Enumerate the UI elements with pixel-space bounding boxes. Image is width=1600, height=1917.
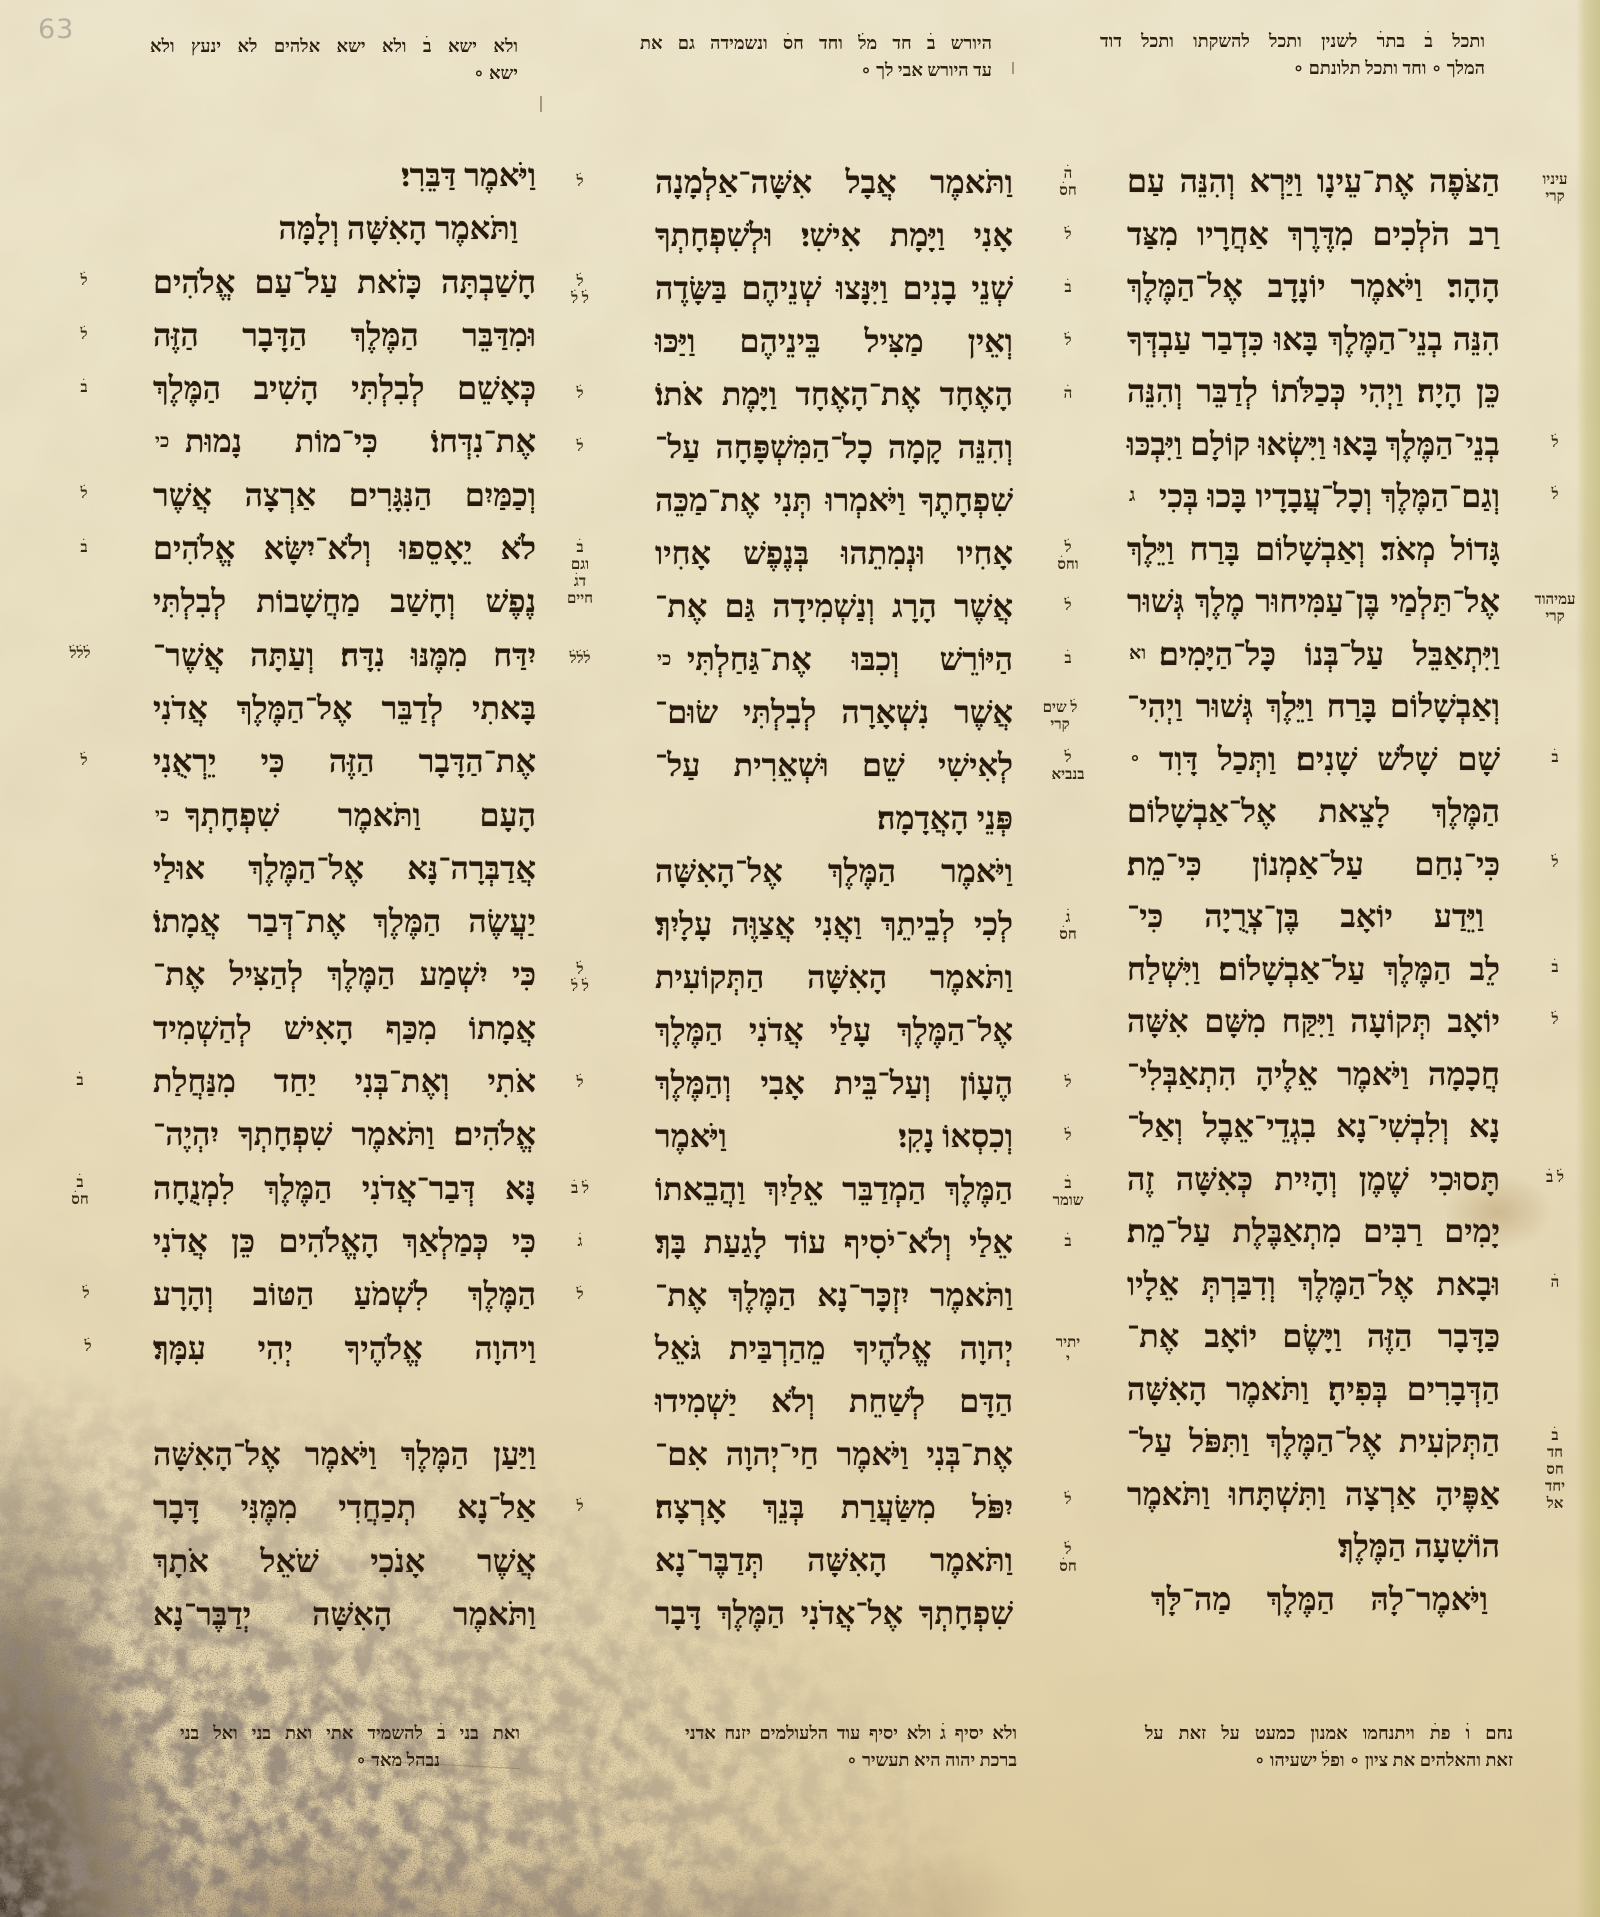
masorah-parva-note: הׄ <box>1040 386 1096 403</box>
masorah-magna-top-middle: היורש בׄ חד מלׄ וחד חסׄ ונשמידה גם את עד… <box>640 30 992 84</box>
text-line: הַמֶּלֶךְ הַמְדַבֵּר אֵלַיִךְ וַהֲבֵאתוֹ <box>655 1163 1013 1216</box>
text-line: שִׁפְחָתֶךָ וַיֹּאמְרוּ תְּנִי אֶת־מַכֵּ… <box>655 474 1013 527</box>
text-line: הָהָר׃ וַיֹּאמֶר יוֹנָדָב אֶל־הַמֶּלֶךְ <box>1127 260 1500 313</box>
masorah-parva-note: לׄ <box>56 753 112 770</box>
masorah-parva-note: בׄ <box>1527 960 1583 977</box>
text-line: יָמִים רַבִּים מִתְאַבֶּלֶת עַל־מֵת׃ <box>1127 1205 1500 1258</box>
text-line: וַתֹּאמֶר אֲבָל אִשָּׁה־אַלְמָנָה <box>655 156 1013 209</box>
text-line: וַתֹּאמֶר יִזְכָּר־נָא הַמֶּלֶךְ אֶת־ <box>655 1269 1013 1322</box>
masorah-parva-note: לׄ <box>60 1339 116 1356</box>
text-line: אֶת־בְּנִי וַיֹּאמֶר חַי־יְהוָה אִם־ <box>655 1428 1013 1481</box>
text-line: לְאִישִׁי שֵׁם וּשְׁאֵרִית עַל־ <box>655 739 1013 792</box>
text-line-tail: וַיֹּאמֶר <box>655 1110 727 1163</box>
note-line: ואת בני בׄ להשמיד אתי ואת בני ואל בני <box>180 1720 520 1747</box>
text-line: נֶפֶשׁ וְחָשַׁב מַחֲשָׁבוֹת לְבִלְתִּי <box>153 575 536 628</box>
note-line: ישא ∘ <box>150 60 518 87</box>
text-line-paragraph-end: הוֹשִׁעָה הַמֶּלֶךְ׃ <box>1127 1520 1500 1573</box>
masorah-parva-note: לׄ <box>552 1075 608 1092</box>
paragraph-gap <box>153 1375 536 1428</box>
text-line: כֵּן הָיָה׃ וַיְהִי כְּכַלֹּתוֹ לְדַבֵּר… <box>1127 365 1500 418</box>
masorah-parva-note: בׄ <box>1040 280 1096 297</box>
line-filler: כי <box>155 415 169 468</box>
masorah-parva-note: לׄ <box>1527 487 1583 504</box>
text-line: בָּאתִי לְדַבֵּר אֶל־הַמֶּלֶךְ אֲדֹנִי <box>153 682 536 735</box>
masorah-parva-note: גׄחסׄ <box>1040 910 1096 944</box>
text-line: אָנִי וַיָּמָת אִישִׁי׃ וּלְשִׁפְחָתְךָ <box>655 209 1013 262</box>
masorah-parva-note: לׄ <box>552 1499 608 1516</box>
line-filler: וא <box>1129 628 1146 681</box>
text-line: הִנֵּה בְנֵי־הַמֶּלֶךְ בָּאוּ כִּדְבַר ע… <box>1127 313 1500 366</box>
masorah-parva-note: בׄחדחסיחדאל <box>1527 1428 1583 1513</box>
line-filler: ג <box>1129 470 1135 523</box>
text-line: וַיֹּאמֶר הַמֶּלֶךְ אֶל־הָאִשָּׁה <box>655 845 1013 898</box>
text-line: כִּי יִשְׁמַע הַמֶּלֶךְ לְהַצִּיל אֶת־ <box>153 948 536 1001</box>
text-line: וּבָאת אֶל־הַמֶּלֶךְ וְדִבַּרְתְּ אֵלָיו <box>1127 1258 1500 1311</box>
text-line: שָׁם שָׁלֹשׁ שָׁנִים׃ וַתְּכַל דָּוִד∘ <box>1127 733 1500 786</box>
text-line: אֹתִי וְאֶת־בְּנִי יַחַד מִנַּחֲלַת <box>153 1055 536 1108</box>
text-line: וְאֵין מַצִּיל בֵּינֵיהֶם וַיַּכּוּ <box>655 315 1013 368</box>
masorah-parva-note: לׄ <box>58 1286 114 1303</box>
text-line: וְהִנֵּה קָמָה כָל־הַמִּשְׁפָּחָה עַל־ <box>655 421 1013 474</box>
masorah-parva-note: לׄחסׄ <box>1040 1542 1096 1576</box>
masorah-parva-note: לׄ <box>1527 435 1583 452</box>
text-line: אַפֶּיהָ אַרְצָה וַתִּשְׁתָּחוּ וַתֹּאמֶ… <box>1127 1468 1500 1521</box>
text-line: חָשַׁבְתָּה כָּזֹאת עַל־עַם אֱלֹהִים <box>153 256 536 309</box>
text-line: וַיִּתְאַבֵּל עַל־בְּנוֹ כָּל־הַיָּמִים׃… <box>1127 628 1500 681</box>
text-line: אָחִיו וּנְמִתֵהוּ בְּנֶפֶשׁ אָחִיו <box>655 527 1013 580</box>
text-line-with-setuma: וְכִסְאוֹ נָקִי׃וַיֹּאמֶר <box>655 1110 1013 1163</box>
masorah-magna-bottom-right: נחם וׄ פתׄ ויתנחמו אמנון כמעט על זאת על … <box>1145 1720 1513 1774</box>
text-line: אֲמָתוֹ מִכַּף הָאִישׁ לְהַשְׁמִיד <box>153 1002 536 1055</box>
masorah-magna-top-left: ולא ישא בׄ ולא ישא אלהים לא ינעץ ולא ישא… <box>150 33 518 87</box>
masorah-parva-note: לׄוחסׄ <box>1040 540 1096 574</box>
masorah-parva-note: לׄלׄ לׄ <box>552 962 608 996</box>
masorah-parva-note: לׄ <box>552 174 608 191</box>
masorah-magna-bottom-left: ואת בני בׄ להשמיד אתי ואת בני ואל בני נב… <box>180 1720 520 1774</box>
text-line: הֶעָוֹן וְעַל־בֵּית אָבִי וְהַמֶּלֶךְ <box>655 1057 1013 1110</box>
masorah-parva-note: לׄ <box>56 486 112 503</box>
note-line: ברכת יהוה היא תעשיר ∘ <box>685 1747 1017 1774</box>
line-filler: כי <box>657 633 671 686</box>
masorah-parva-note: בׄ <box>56 540 112 557</box>
text-line-paragraph-start: וַיֵּדַע יוֹאָב בֶּן־צְרֻיָה כִּי־ <box>1127 890 1500 943</box>
text-line: אֶת־נִדְּחוֹ׃ כִּי־מוֹת נָמוּתכי <box>153 415 536 468</box>
text-line: תָּסוּכִי שֶׁמֶן וְהָיִית כְּאִשָּׁה זֶה <box>1127 1153 1500 1206</box>
text-line: חֲכָמָה וַיֹּאמֶר אֵלֶיהָ הִתְאַבְּלִי־ <box>1127 1048 1500 1101</box>
text-line: וַתֹּאמֶר הָאִשָּׁה יְדַבֶּר־נָא <box>153 1588 536 1641</box>
masorah-parva-note: בׄ <box>56 380 112 397</box>
note-line: היורש בׄ חד מלׄ וחד חסׄ ונשמידה גם את <box>640 30 992 57</box>
text-line: יִדַּח מִמֶּנּוּ נִדָּח׃ וְעַתָּה אֲשֶׁר… <box>153 629 536 682</box>
masorah-parva-note: לׄבנביא <box>1040 750 1096 784</box>
text-line: הַמֶּלֶךְ לִשְׁמֹעַ הַטּוֹב וְהָרָע <box>153 1268 536 1321</box>
masorah-parva-note: בׄחסׄ <box>52 1175 108 1209</box>
text-line: כִּי־נִחַם עַל־אַמְנוֹן כִּי־מֵת׃ <box>1127 838 1500 891</box>
text-line: אֲשֶׁר נִשְׁאָרָה לְבִלְתִּי שׂוּם־ <box>655 686 1013 739</box>
text-line: אֶל־תַּלְמַי בֶּן־עַמִּיחוּר מֶלֶךְ גְּש… <box>1127 575 1500 628</box>
masorah-parva-note: לׄ בׄ <box>1527 1170 1583 1187</box>
masorah-parva-note: לׄ שיםקרי <box>1032 700 1088 734</box>
text-line-paragraph-start: וַיֹּאמֶר־לָהּ הַמֶּלֶךְ מַה־לָּךְ <box>1127 1573 1500 1626</box>
note-line: עד היורש אבי לך ∘ <box>640 57 992 84</box>
note-line: ולא ישא בׄ ולא ישא אלהים לא ינעץ ולא <box>150 33 518 60</box>
text-line: אֶת־הַדָּבָר הַזֶּה כִּי יֵרְאֻנִי <box>153 735 536 788</box>
note-line: זאת והאלהים את ציון ∘ ופלׄ ישעיהו ∘ <box>1145 1747 1513 1774</box>
masorah-parva-note: לׄ <box>1040 333 1096 350</box>
masorah-parva-note: לׄ <box>552 439 608 456</box>
text-line: וַיהוָה אֱלֹהֶיךָ יְהִי עִמָּךְ׃ <box>153 1322 536 1375</box>
text-line: הָאֶחָד אֶת־הָאֶחָד וַיָּמֶת אֹתוֹ׃ <box>655 368 1013 421</box>
masora-circle: ∘ <box>1129 733 1141 786</box>
masorah-parva-note: בׄשומר <box>1040 1176 1096 1210</box>
text-line: הַדְּבָרִים בְּפִיהָ׃ וַתֹּאמֶר הָאִשָּׁ… <box>1127 1363 1500 1416</box>
text-column-middle: וַתֹּאמֶר אֲבָל אִשָּׁה־אַלְמָנָה אָנִי … <box>655 156 1013 1640</box>
text-line: וַיַּעַן הַמֶּלֶךְ וַיֹּאמֶר אֶל־הָאִשָּ… <box>153 1428 536 1481</box>
text-line-paragraph-end: וַיֹּאמֶר דַּבֵּרִי׃ <box>153 149 536 202</box>
masorah-parva-note: בׄ <box>1040 651 1096 668</box>
masorah-parva-note: לׄ <box>1527 855 1583 872</box>
text-line-paragraph-end: פְּנֵי הָאֲדָמָה׃ <box>655 792 1013 845</box>
text-line: אֶל־הַמֶּלֶךְ עָלַי אֲדֹנִי הַמֶּלֶךְ <box>655 1004 1013 1057</box>
text-line: יִפֹּל מִשַּׂעֲרַת בְּנֵךְ אָרְצָה׃ <box>655 1481 1013 1534</box>
masorah-parva-note: לׄלׄלׄ <box>52 646 108 663</box>
text-line: לֹא יֵאָסֵפוּ וְלֹא־יִשָּׂא אֱלֹהִים <box>153 522 536 575</box>
pricking-mark <box>1012 62 1014 74</box>
text-line: הַדָּם לְשַׁחֵת וְלֹא יַשְׁמִידוּ <box>655 1375 1013 1428</box>
note-line: נחם וׄ פתׄ ויתנחמו אמנון כמעט על זאת על <box>1145 1720 1513 1747</box>
text-line-paragraph-start: וַתֹּאמֶר הָאִשָּׁה וְלָמָּה <box>153 202 536 255</box>
text-line: יוֹאָב תְּקוֹעָה וַיִּקַּח מִשָּׁם אִשָּ… <box>1127 995 1500 1048</box>
note-line: ולא יסיף גׄ ולא יסיף עוד הלעולמים יזנח א… <box>685 1720 1017 1747</box>
masorah-parva-note: גׄ <box>552 1234 608 1251</box>
text-line: וַתֹּאמֶר הָאִשָּׁה תְּדַבֶּר־נָא <box>655 1534 1013 1587</box>
text-line: אֲדַבְּרָה־נָּא אֶל־הַמֶּלֶךְ אוּלַי <box>153 842 536 895</box>
note-line: המלך ∘ וחד ותכל תלונתם ∘ <box>1100 55 1485 82</box>
text-line: אֲשֶׁר אָנֹכִי שֹׁאֵל אֹתָךְ <box>153 1535 536 1588</box>
text-line: נָא וְלִבְשִׁי־נָא בִגְדֵי־אֵבֶל וְאַל־ <box>1127 1100 1500 1153</box>
masorah-parva-note: בׄ <box>52 1073 108 1090</box>
masorah-parva-note: לׄ <box>552 386 608 403</box>
masorah-parva-note: לׄלׄלׄ <box>552 651 608 668</box>
text-line: יְהוָה אֱלֹהֶיךָ מֵהַרְבַּית גֹּאֵל <box>655 1322 1013 1375</box>
masorah-parva-note: לׄ <box>56 273 112 290</box>
masorah-parva-note: לׄ <box>1527 1012 1583 1029</box>
text-line: הַמֶּלֶךְ לָצֵאת אֶל־אַבְשָׁלוֹם <box>1127 785 1500 838</box>
masorah-parva-note: לׄ <box>552 1287 608 1304</box>
masorah-parva-note: לׄ <box>1040 1492 1096 1509</box>
masorah-parva-note: בׄ <box>1527 750 1583 767</box>
text-line: הַצֹּפֶה אֶת־עֵינָו וַיַּרְא וְהִנֵּה עַ… <box>1127 155 1500 208</box>
masorah-parva-note: לׄ בׄ <box>552 1181 608 1198</box>
masorah-parva-note: עמיהודקרי <box>1527 592 1583 626</box>
text-line: נָּא דְּבַר־אֲדֹנִי הַמֶּלֶךְ לִמְנֻחָה <box>153 1162 536 1215</box>
text-line: אַל־נָא תְכַחֲדִי מִמֶּנִּי דָּבָר <box>153 1481 536 1534</box>
masorah-parva-note: לׄ <box>1040 1128 1096 1145</box>
masorah-parva-note: לׄ <box>1040 598 1096 615</box>
text-line: יַעֲשֶׂה הַמֶּלֶךְ אֶת־דְּבַר אֲמָתוֹ׃ <box>153 895 536 948</box>
text-line: שְׁנֵי בָנִים וַיִּנָּצוּ שְׁנֵיהֶם בַּש… <box>655 262 1013 315</box>
note-line: נבהל מאד ∘ <box>180 1747 520 1774</box>
manuscript-page: 63 ולא ישא בׄ ולא ישא אלהים לא ינעץ ולא … <box>0 0 1600 1917</box>
text-line: רַב הֹלְכִים מִדֶּרֶךְ אַחֲרָיו מִצַּד <box>1127 208 1500 261</box>
text-line: הָעָם וַתֹּאמֶר שִׁפְחָתְךָכי <box>153 789 536 842</box>
masorah-parva-note: הׄ <box>1527 1275 1583 1292</box>
text-line: כִּי כְּמַלְאַךְ הָאֱלֹהִים כֵּן אֲדֹנִי <box>153 1215 536 1268</box>
text-column-left: וַיֹּאמֶר דַּבֵּרִי׃ וַתֹּאמֶר הָאִשָּׁה… <box>153 149 536 1641</box>
text-line: וְאַבְשָׁלוֹם בָּרַח וַיֵּלֶךְ גְּשׁוּר … <box>1127 680 1500 733</box>
text-line: וְגַם־הַמֶּלֶךְ וְכָל־עֲבָדָיו בָּכוּ בְ… <box>1127 470 1500 523</box>
masorah-parva-note: לׄ <box>1040 1075 1096 1092</box>
masorah-parva-note: עיניוקרי <box>1527 172 1583 206</box>
text-line: כְּאָשֵׁם לְבִלְתִּי הָשִׁיב הַמֶּלֶךְ <box>153 362 536 415</box>
text-line: כַּדָּבָר הַזֶּה וַיָּשֶׂם יוֹאָב אֶת־ <box>1127 1310 1500 1363</box>
masorah-parva-note: לׄ <box>1040 227 1096 244</box>
text-line: שִׁפְחָתְךָ אֶל־אֲדֹנִי הַמֶּלֶךְ דָּבָר <box>655 1587 1013 1640</box>
text-line: אֱלֹהִים׃ וַתֹּאמֶר שִׁפְחָתְךָ יִהְיֶה־ <box>153 1108 536 1161</box>
masorah-parva-note: יתירי <box>1040 1335 1096 1369</box>
masorah-magna-bottom-middle: ולא יסיף גׄ ולא יסיף עוד הלעולמים יזנח א… <box>685 1720 1017 1774</box>
masorah-parva-note: הׄחסׄ <box>1040 166 1096 200</box>
masorah-parva-note: לׄלׄ לׄ <box>552 274 608 308</box>
text-line: לֵב הַמֶּלֶךְ עַל־אַבְשָׁלוֹם׃ וַיִּשְׁל… <box>1127 943 1500 996</box>
text-line: וְכַמַּיִם הַנִּגָּרִים אַרְצָה אֲשֶׁר <box>153 469 536 522</box>
text-line: וַתֹּאמֶר הָאִשָּׁה הַתְּקוֹעִית <box>655 951 1013 1004</box>
text-line: אֲשֶׁר הָרָג וְנַשְׁמִידָה גַּם אֶת־ <box>655 580 1013 633</box>
folio-number: 63 <box>38 14 74 45</box>
text-line: אֵלַי וְלֹא־יֹסִיף עוֹד לָגַעַת בָּךְ׃ <box>655 1216 1013 1269</box>
masorah-parva-note: בׄוגםדגׄחיים <box>552 540 608 608</box>
text-line: הַיּוֹרֵשׁ וְכִבּוּ אֶת־גַּחַלְתִּיכי <box>655 633 1013 686</box>
masorah-parva-note: בׄ <box>1040 1234 1096 1251</box>
text-column-right: הַצֹּפֶה אֶת־עֵינָו וַיַּרְא וְהִנֵּה עַ… <box>1127 155 1500 1625</box>
text-line: בְנֵי־הַמֶּלֶךְ בָּאוּ וַיִּשְׂאוּ קוֹלָ… <box>1127 418 1500 471</box>
text-line: לְכִי לְבֵיתֵךְ וַאֲנִי אֲצַוֶּה עָלָיִך… <box>655 898 1013 951</box>
masorah-magna-top-right: ותכל בׄ בתרׄ לשנין ותכל להשקתו ותכל דוד … <box>1100 28 1485 82</box>
text-line: גָּדוֹל מְאֹד׃ וְאַבְשָׁלוֹם בָּרַח וַיֵ… <box>1127 523 1500 576</box>
pricking-mark <box>540 96 542 112</box>
line-filler: כי <box>155 789 169 842</box>
text-line: וּמִדַּבֵּר הַמֶּלֶךְ הַדָּבָר הַזֶּה <box>153 309 536 362</box>
note-line: ותכל בׄ בתרׄ לשנין ותכל להשקתו ותכל דוד <box>1100 28 1485 55</box>
text-line: הַתְּקֹעִית אֶל־הַמֶּלֶךְ וַתִּפֹּל עַל־ <box>1127 1415 1500 1468</box>
masorah-parva-note: לׄ <box>56 327 112 344</box>
